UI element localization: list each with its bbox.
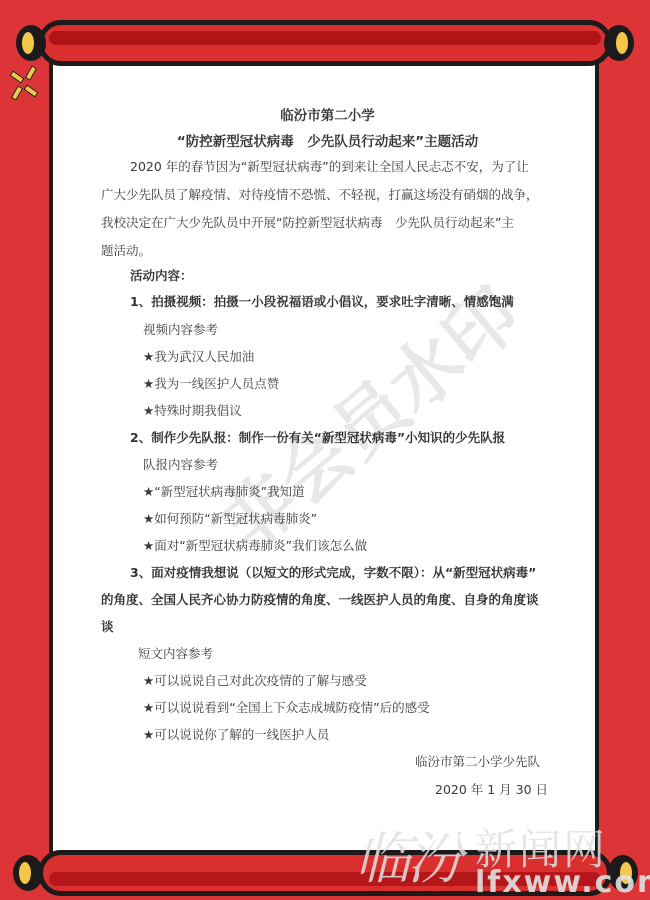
signature: 临汾市第二小学少先队: [415, 752, 540, 770]
activity-3-item: ★可以说说你了解的一线医护人员: [143, 725, 329, 743]
activity-3-title: 3、面对疫情我想说（以短文的形式完成，字数不限）：从“新型冠状病毒”: [130, 563, 536, 581]
bottom-scroll-roll: [38, 850, 612, 896]
document-title: “防控新型冠状病毒 少先队员行动起来”主题活动: [105, 130, 550, 150]
intro-line: 2020 年的春节因为“新型冠状病毒”的到来让全国人民忐忑不安，为了让: [130, 157, 529, 175]
sparkle-icon: [8, 68, 38, 98]
activity-3-item: ★可以说说自己对此次疫情的了解与感受: [143, 671, 367, 689]
scroll-cap-icon: [13, 855, 43, 891]
activity-1-item: ★我为一线医护人员点赞: [143, 374, 279, 392]
section-heading: 活动内容：: [130, 266, 193, 284]
activity-1-ref-label: 视频内容参考: [143, 320, 218, 338]
intro-line: 我校决定在广大少先队员中开展“防控新型冠状病毒 少先队员行动起来”主: [101, 213, 514, 231]
activity-1-item: ★我为武汉人民加油: [143, 347, 254, 365]
intro-line: 广大少先队员了解疫情、对待疫情不恐慌、不轻视，打赢这场没有硝烟的战争，: [101, 185, 539, 203]
activity-3-title: 的角度、全国人民齐心协力防疫情的角度、一线医护人员的角度、自身的角度谈: [101, 590, 539, 608]
date: 2020 年 1 月 30 日: [435, 780, 548, 798]
scroll-cap-icon: [16, 25, 46, 61]
activity-2-title: 2、制作少先队报：制作一份有关“新型冠状病毒”小知识的少先队报: [130, 428, 505, 446]
scroll-cap-icon: [608, 855, 638, 891]
activity-2-item: ★“新型冠状病毒肺炎”我知道: [143, 482, 305, 500]
activity-1-item: ★特殊时期我倡议: [143, 401, 242, 419]
intro-line: 题活动。: [101, 241, 151, 259]
activity-2-ref-label: 队报内容参考: [143, 455, 218, 473]
activity-2-item: ★面对“新型冠状病毒肺炎”我们该怎么做: [143, 536, 367, 554]
activity-2-item: ★如何预防“新型冠状病毒肺炎”: [143, 509, 317, 527]
activity-3-ref-label: 短文内容参考: [138, 644, 213, 662]
activity-3-item: ★可以说说看到“全国上下众志成城防疫情”后的感受: [143, 698, 430, 716]
activity-3-title: 谈: [101, 617, 114, 635]
scroll-cap-icon: [604, 25, 634, 61]
activity-1-title: 1、拍摄视频：拍摄一小段祝福语或小倡议，要求吐字清晰、情感饱满: [130, 292, 514, 310]
school-name: 临汾市第二小学: [105, 104, 550, 124]
top-scroll-roll: [38, 20, 612, 66]
